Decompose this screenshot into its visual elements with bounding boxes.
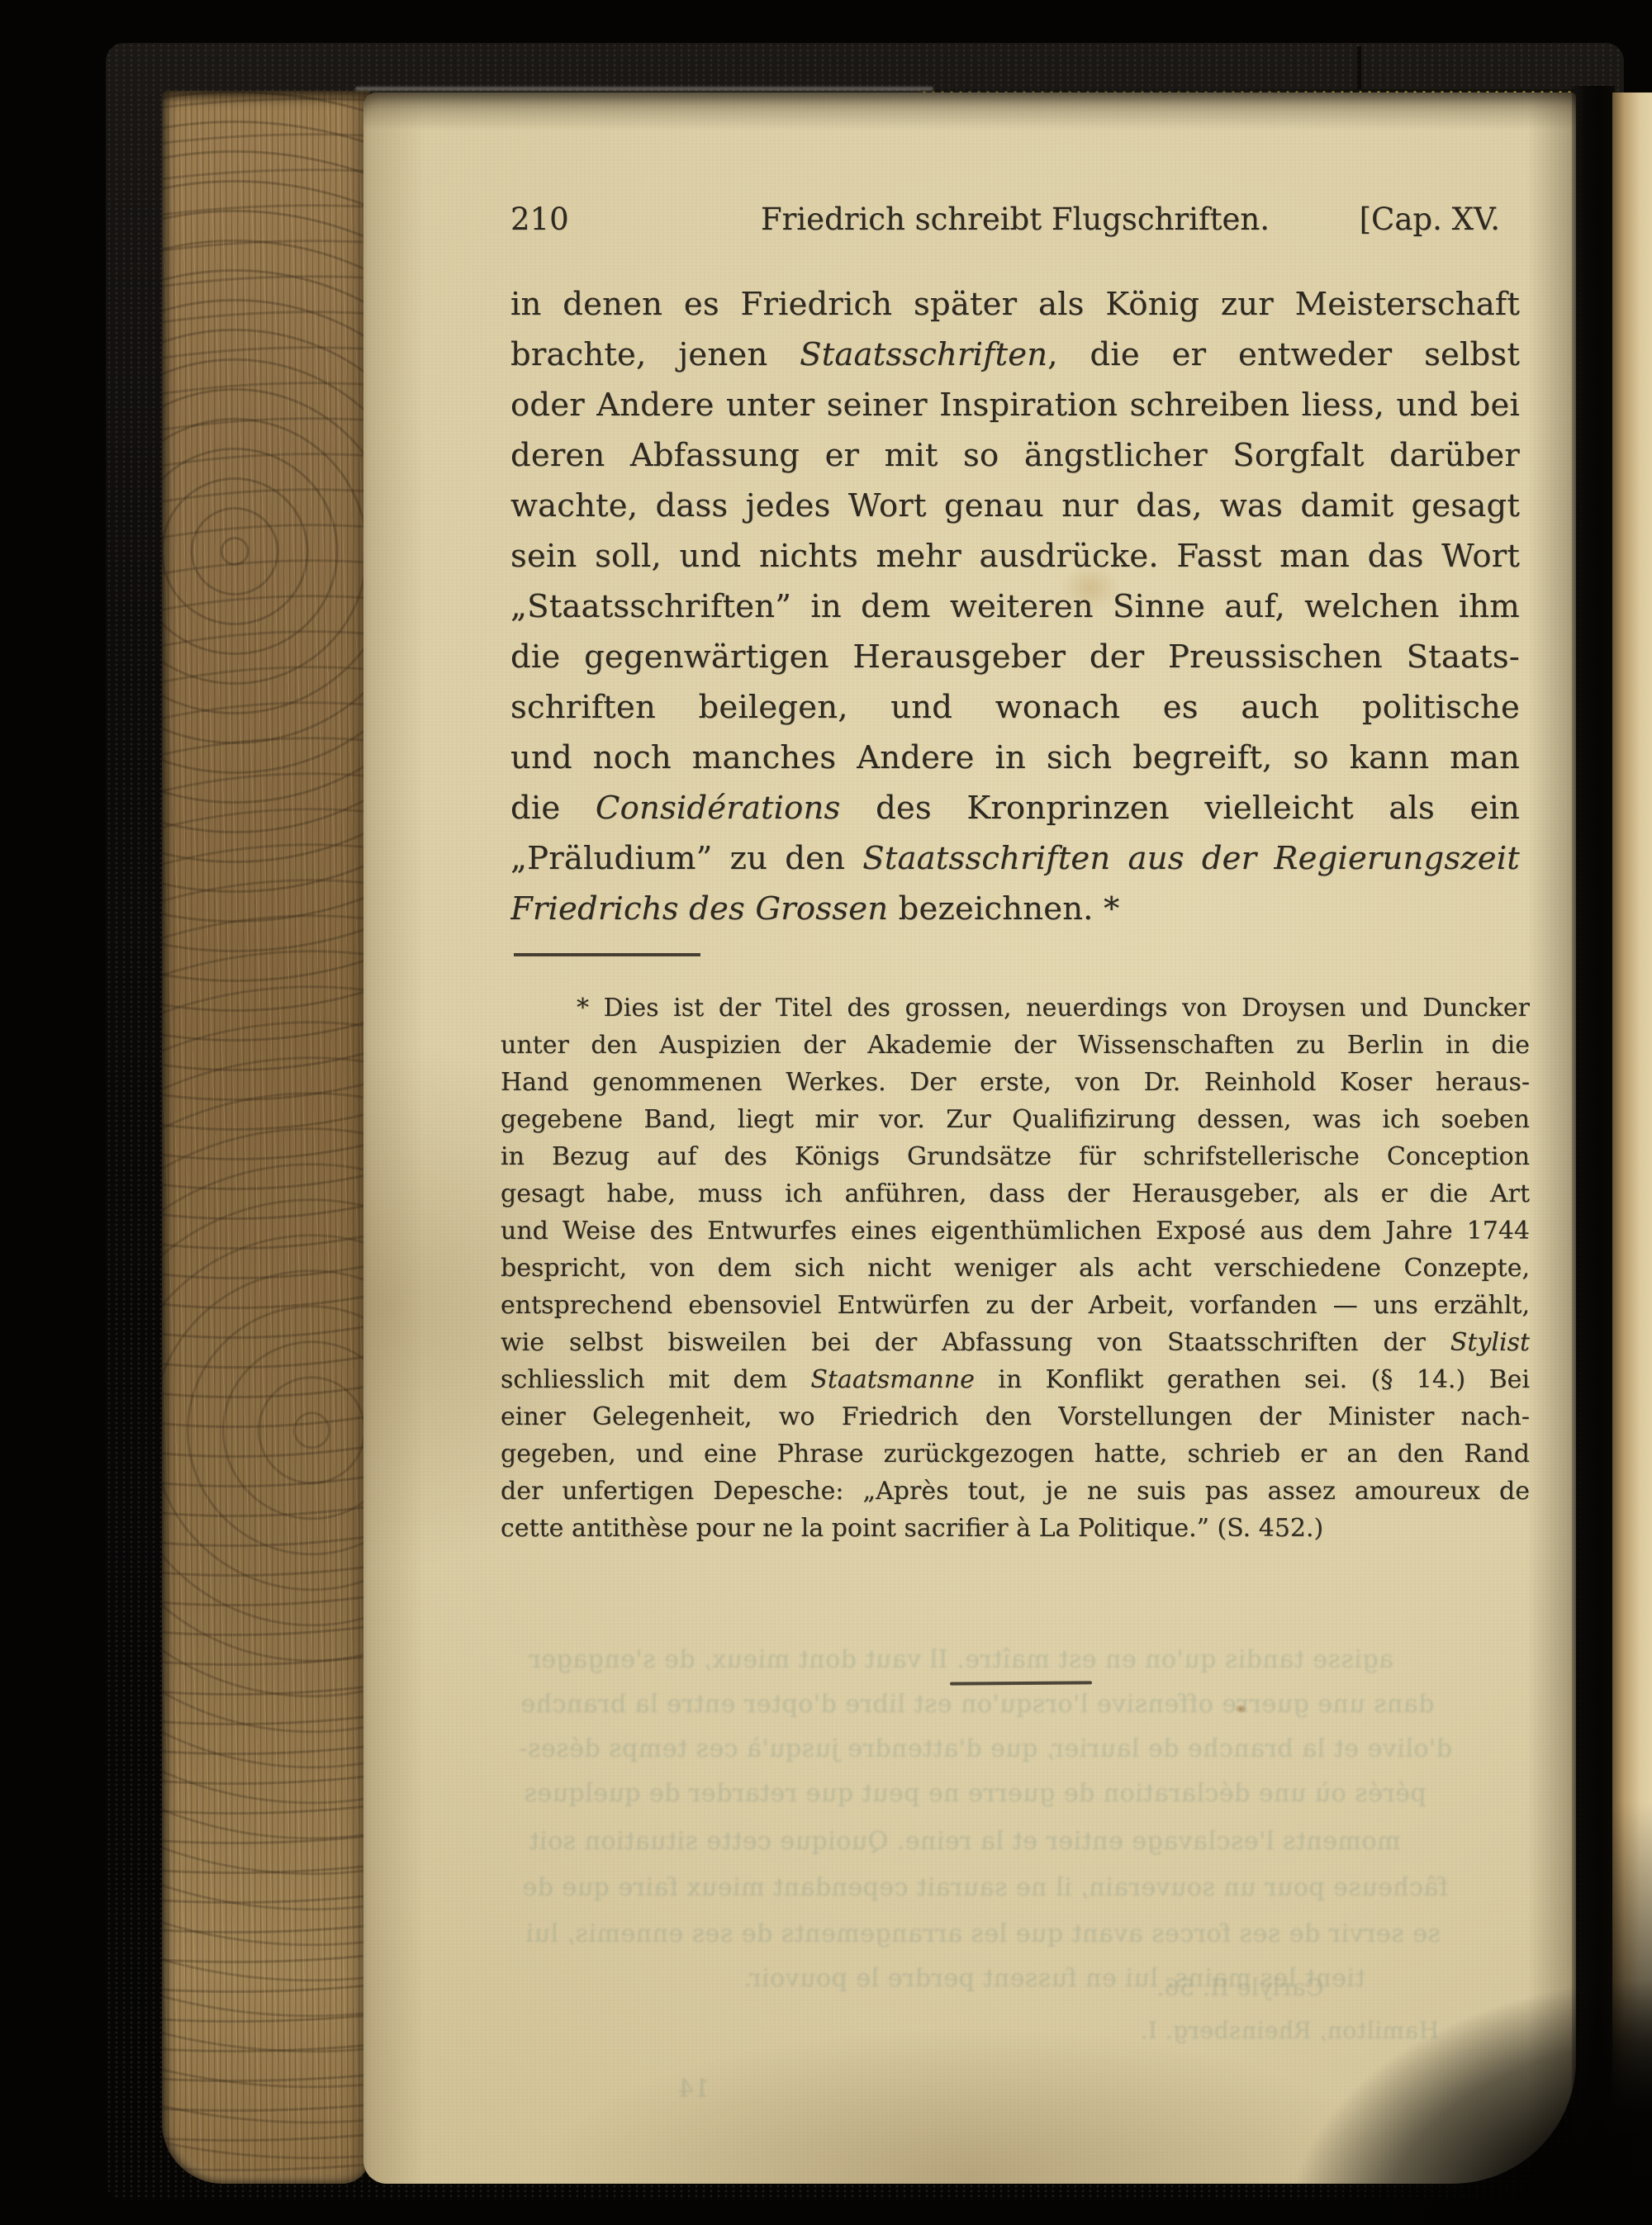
- footnote-rule: [514, 953, 700, 956]
- footnote-line: cette antithèse pour ne la point sacrifi…: [501, 1510, 1530, 1547]
- body-text-line: „Präludium” zu den Staatsschriften aus d…: [510, 833, 1520, 884]
- body-text-line: wachte, dass jedes Wort genau nur das, w…: [510, 481, 1520, 531]
- body-text-line: sein soll, und nichts mehr ausdrücke. Fa…: [510, 531, 1520, 581]
- body-text: in denen es Friedrich später als König z…: [510, 279, 1520, 934]
- page-number: 210: [510, 202, 569, 237]
- footnote-line: gesagt habe, muss ich anführen, dass der…: [501, 1175, 1530, 1212]
- next-page-edge: [1612, 93, 1652, 2177]
- footnote-line: unter den Auspizien der Akademie der Wis…: [501, 1027, 1530, 1064]
- body-text-line: schriften beilegen, und wonach es auch p…: [510, 682, 1520, 733]
- footnote-line: * Dies ist der Titel des grossen, neuerd…: [501, 989, 1530, 1027]
- bleedthrough-line: d'olive et la branche de laurier, que d'…: [519, 1734, 1452, 1763]
- footnote-line: bespricht, von dem sich nicht weniger al…: [501, 1250, 1530, 1287]
- book-block-top-edge: [355, 87, 933, 91]
- footnote-line: einer Gelegenheit, wo Friedrich den Vors…: [501, 1398, 1530, 1435]
- footnote-line: Hand genommenen Werkes. Der erste, von D…: [501, 1064, 1530, 1101]
- page-header: 210 Friedrich schreibt Flugschriften. [C…: [510, 202, 1520, 244]
- body-text-line: brachte, jenen Staatsschriften, die er e…: [510, 330, 1520, 380]
- body-text-line: „Staatsschriften” in dem weiteren Sinne …: [510, 581, 1520, 632]
- footnote-line: und Weise des Entwurfes eines eigenthüml…: [501, 1212, 1530, 1250]
- body-text-line: oder Andere unter seiner Inspiration sch…: [510, 380, 1520, 430]
- footnote: * Dies ist der Titel des grossen, neuerd…: [501, 989, 1530, 1547]
- bleedthrough-line: agisse tandis qu'on en est maître. Il va…: [529, 1645, 1393, 1674]
- footnote-line: schliesslich mit dem Staatsmanne in Konf…: [501, 1361, 1530, 1398]
- bleedthrough-line: fâcheuse pour un souverain, il ne saurai…: [522, 1873, 1448, 1902]
- footnote-line: entsprechend ebensoviel Entwürfen zu der…: [501, 1287, 1530, 1324]
- bleedthrough-line: dans une guerre offensive l'orsqu'on est…: [520, 1690, 1435, 1719]
- gutter-shadow: [1572, 86, 1615, 2225]
- book-page: agisse tandis qu'on en est maître. Il va…: [363, 93, 1576, 2184]
- body-text-line: und noch manches Andere in sich begreift…: [510, 733, 1520, 783]
- footnote-line: gegeben, und eine Phrase zurückgezogen h…: [501, 1435, 1530, 1473]
- chapter-label: [Cap. XV.: [1360, 202, 1500, 237]
- page-edge-stack: [162, 91, 370, 2184]
- body-text-line: in denen es Friedrich später als König z…: [510, 279, 1520, 330]
- footnote-line: gegebene Band, liegt mir vor. Zur Qualif…: [501, 1101, 1530, 1138]
- book-photo: agisse tandis qu'on en est maître. Il va…: [0, 0, 1652, 2225]
- body-text-line: die gegenwärtigen Herausgeber der Preuss…: [510, 632, 1520, 682]
- body-text-line: deren Abfassung er mit so ängstlicher So…: [510, 430, 1520, 481]
- footnote-line: der unfertigen Depesche: „Après tout, je…: [501, 1473, 1530, 1510]
- body-text-line: die Considérations des Kronprinzen viell…: [510, 783, 1520, 833]
- bleedthrough-line: pérés où une déclaration de guerre ne pe…: [524, 1779, 1427, 1808]
- footnote-line: in Bezug auf des Königs Grundsätze für s…: [501, 1138, 1530, 1175]
- footnote-line: wie selbst bisweilen bei der Abfassung v…: [501, 1324, 1530, 1361]
- bleedthrough-line: 14: [677, 2075, 710, 2104]
- bottom-gutter-shadow: [1156, 1924, 1652, 2225]
- bleedthrough-line: moments l'esclavage entier et la reine. …: [529, 1827, 1400, 1856]
- body-text-line: Friedrichs des Grossen bezeichnen. *: [510, 884, 1520, 934]
